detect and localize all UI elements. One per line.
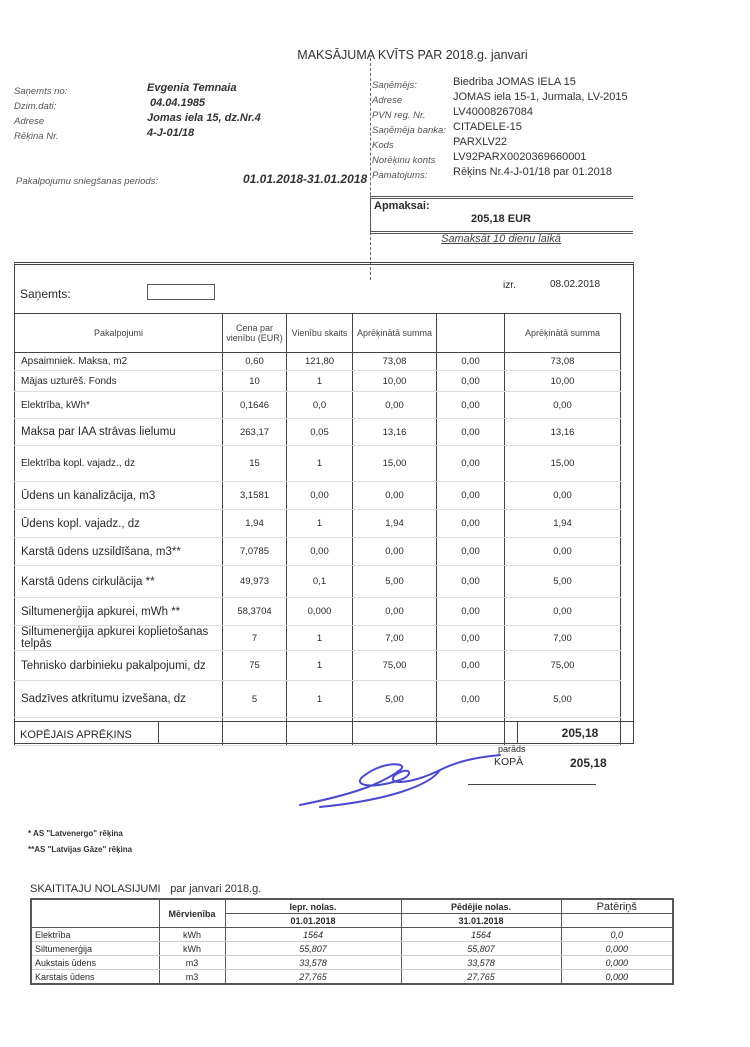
cell-qty: 0,000: [287, 598, 353, 626]
cell-extra: 0,00: [437, 353, 505, 371]
meter-section-title: SKAITITAJU NOLASIJUMI par janvari 2018.g…: [30, 883, 261, 895]
table-row: Aukstais ūdensm333,57833,5780,000: [31, 956, 673, 970]
meter-cell-name: Aukstais ūdens: [31, 956, 159, 970]
recipient-label: Saņēmējs:: [372, 80, 417, 91]
meter-cell-name: Karstais ūdens: [31, 970, 159, 985]
meter-cell-unit: kWh: [159, 928, 225, 942]
cell-sum: 5,00: [353, 681, 437, 718]
basis-label: Pamatojums:: [372, 170, 427, 181]
meter-cell-prev: 27,765: [225, 970, 401, 985]
cell-qty: 1: [287, 681, 353, 718]
received-label: Saņemts:: [20, 287, 71, 301]
cell-name: Sadzīves atkritumu izvešana, dz: [15, 681, 223, 718]
cell-extra: 0,00: [437, 446, 505, 482]
meter-header-blank: [31, 899, 159, 928]
payer-birth-date: 04.04.1985: [150, 97, 205, 109]
cell-extra: 0,00: [437, 371, 505, 392]
cell-name: Siltumenerģija apkurei koplietošanas tel…: [15, 626, 223, 651]
payment-amount: 205,18 EUR: [370, 213, 632, 225]
meter-cell-consumption: 0,0: [561, 928, 673, 942]
service-period: 01.01.2018-31.01.2018: [243, 172, 367, 186]
payment-basis: Rēķins Nr.4-J-01/18 par 01.2018: [453, 166, 612, 178]
cell-name: Elektrība, kWh*: [15, 392, 223, 419]
cell-name: Mājas uzturēš. Fonds: [15, 371, 223, 392]
table-row: Siltumenerģija apkurei koplietošanas tel…: [15, 626, 621, 651]
grand-total-label: KOPĒJAIS APRĒĶINS: [20, 729, 132, 741]
cell-price: 58,3704: [223, 598, 287, 626]
cell-total: 7,00: [505, 626, 621, 651]
kopa-value: 205,18: [570, 756, 607, 770]
footnote-latvenergo: * AS "Latvenergo" rēķina: [28, 829, 123, 838]
cell-price: 0,60: [223, 353, 287, 371]
cell-sum: 7,00: [353, 626, 437, 651]
vat-number: LV40008267084: [453, 106, 533, 118]
cell-qty: 0,00: [287, 482, 353, 510]
cell-sum: 10,00: [353, 371, 437, 392]
cell-sum: 0,00: [353, 538, 437, 566]
cell-qty: 1: [287, 371, 353, 392]
services-header-row: Pakalpojumi Cena par vienību (EUR) Vienī…: [15, 314, 621, 353]
table-row: Apsaimniek. Maksa, m20,60121,8073,080,00…: [15, 353, 621, 371]
cell-total: 0,00: [505, 538, 621, 566]
meter-table: Mērvienība Iepr. nolas. Pēdējie nolas. P…: [30, 898, 674, 985]
cell-total: 13,16: [505, 419, 621, 446]
table-row: Karstā ūdens cirkulācija **49,9730,15,00…: [15, 566, 621, 598]
table-row: Ūdens kopl. vajadz., dz1,9411,940,001,94: [15, 510, 621, 538]
account-label: Norēķinu konts: [372, 155, 435, 166]
header-calculated-total: Aprēķinātā summa: [505, 314, 621, 353]
total-separator: [158, 721, 159, 744]
meter-consumption-blank: [561, 914, 673, 928]
table-row: Karstais ūdensm327,76527,7650,000: [31, 970, 673, 985]
table-row: Elektrība kopl. vajadz., dz15115,000,001…: [15, 446, 621, 482]
meter-header-unit: Mērvienība: [159, 899, 225, 928]
meter-cell-last: 33,578: [401, 956, 561, 970]
meter-title: SKAITITAJU NOLASIJUMI: [30, 883, 161, 895]
meter-cell-consumption: 0,000: [561, 956, 673, 970]
account-number: LV92PARX0020369660001: [453, 151, 587, 163]
cell-sum: 0,00: [353, 598, 437, 626]
table-row: ElektrībakWh156415640,0: [31, 928, 673, 942]
meter-last-date: 31.01.2018: [401, 914, 561, 928]
cell-qty: 1: [287, 446, 353, 482]
meter-cell-unit: m3: [159, 970, 225, 985]
meter-header-prev: Iepr. nolas.: [225, 899, 401, 914]
meter-cell-prev: 55,807: [225, 942, 401, 956]
payer-label-received-from: Saņemts no:: [14, 86, 67, 97]
issued-date: 08.02.2018: [550, 279, 600, 290]
cell-total: 10,00: [505, 371, 621, 392]
table-row: Ūdens un kanalizācija, m33,15810,000,000…: [15, 482, 621, 510]
cell-price: 3,1581: [223, 482, 287, 510]
cell-qty: 121,80: [287, 353, 353, 371]
cell-extra: 0,00: [437, 392, 505, 419]
cell-price: 263,17: [223, 419, 287, 446]
cell-sum: 13,16: [353, 419, 437, 446]
period-label: Pakalpojumu sniegšanas periods:: [16, 176, 158, 187]
signature-icon: [290, 745, 520, 815]
payer-label-birth: Dzim.dati:: [14, 101, 56, 112]
cell-extra: 0,00: [437, 566, 505, 598]
cell-extra: 0,00: [437, 419, 505, 446]
table-row: Mājas uzturēš. Fonds10110,000,0010,00: [15, 371, 621, 392]
header-unit-price: Cena par vienību (EUR): [223, 314, 287, 353]
total-separator: [517, 721, 518, 744]
bank-name: CITADELE-15: [453, 121, 522, 133]
cell-price: 10: [223, 371, 287, 392]
table-row: Karstā ūdens uzsildīšana, m3**7,07850,00…: [15, 538, 621, 566]
vat-label: PVN reg. Nr.: [372, 110, 426, 121]
meter-cell-name: Elektrība: [31, 928, 159, 942]
cell-sum: 15,00: [353, 446, 437, 482]
meter-cell-consumption: 0,000: [561, 970, 673, 985]
cell-total: 75,00: [505, 651, 621, 681]
cell-total: 0,00: [505, 482, 621, 510]
grand-total-value: 205,18: [540, 726, 620, 740]
cell-name: Apsaimniek. Maksa, m2: [15, 353, 223, 371]
cell-price: 7,0785: [223, 538, 287, 566]
cell-price: 75: [223, 651, 287, 681]
table-row: Maksa par IAA strāvas lielumu263,170,051…: [15, 419, 621, 446]
cell-qty: 0,1: [287, 566, 353, 598]
cell-qty: 0,0: [287, 392, 353, 419]
table-row: Elektrība, kWh*0,16460,00,000,000,00: [15, 392, 621, 419]
payer-label-invoice: Rēķina Nr.: [14, 131, 59, 142]
cell-sum: 73,08: [353, 353, 437, 371]
meter-cell-unit: m3: [159, 956, 225, 970]
services-table: Pakalpojumi Cena par vienību (EUR) Vienī…: [14, 313, 621, 746]
cell-qty: 0,00: [287, 538, 353, 566]
cell-sum: 1,94: [353, 510, 437, 538]
meter-cell-consumption: 0,000: [561, 942, 673, 956]
document-title: MAKSĀJUMA KVĪTS PAR 2018.g. janvari: [0, 48, 750, 62]
recipient-name: Biedriba JOMAS IELA 15: [453, 76, 576, 88]
cell-total: 15,00: [505, 446, 621, 482]
received-input[interactable]: [147, 284, 215, 300]
total-divider: [14, 721, 634, 722]
cell-total: 73,08: [505, 353, 621, 371]
payer-label-address: Adrese: [14, 116, 44, 127]
cell-total: 0,00: [505, 392, 621, 419]
header-units: Vienību skaits: [287, 314, 353, 353]
dashed-divider: [370, 58, 371, 280]
cell-extra: 0,00: [437, 482, 505, 510]
recipient-address-label: Adrese: [372, 95, 402, 106]
header-empty: [437, 314, 505, 353]
cell-name: Ūdens un kanalizācija, m3: [15, 482, 223, 510]
cell-total: 5,00: [505, 681, 621, 718]
meter-header-last: Pēdējie nolas.: [401, 899, 561, 914]
meter-subtitle: par janvari 2018.g.: [170, 883, 261, 895]
cell-total: 5,00: [505, 566, 621, 598]
total-separator: [222, 721, 223, 744]
footnote-latvijas-gaze: **AS "Latvijas Gāze" rēķina: [28, 845, 132, 854]
cell-sum: 0,00: [353, 482, 437, 510]
cell-price: 15: [223, 446, 287, 482]
cell-name: Karstā ūdens cirkulācija **: [15, 566, 223, 598]
header-calculated: Aprēķinātā summa: [353, 314, 437, 353]
table-row: SiltumenerģijakWh55,80755,8070,000: [31, 942, 673, 956]
payment-deadline: Samaksāt 10 dienu laikā: [370, 233, 632, 245]
cell-price: 7: [223, 626, 287, 651]
cell-name: Tehnisko darbinieku pakalpojumi, dz: [15, 651, 223, 681]
meter-cell-name: Siltumenerģija: [31, 942, 159, 956]
issued-label: izr.: [503, 280, 516, 291]
cell-extra: 0,00: [437, 626, 505, 651]
meter-cell-last: 27,765: [401, 970, 561, 985]
cell-qty: 1: [287, 651, 353, 681]
cell-qty: 1: [287, 626, 353, 651]
table-row: Tehnisko darbinieku pakalpojumi, dz75175…: [15, 651, 621, 681]
cell-extra: 0,00: [437, 510, 505, 538]
bank-code: PARXLV22: [453, 136, 507, 148]
code-label: Kods: [372, 140, 394, 151]
bank-label: Saņēmēja banka:: [372, 125, 446, 136]
payer-address: Jomas iela 15, dz.Nr.4: [147, 112, 261, 124]
table-row: Siltumenerģija apkurei, mWh **58,37040,0…: [15, 598, 621, 626]
meter-cell-last: 1564: [401, 928, 561, 942]
header-services: Pakalpojumi: [15, 314, 223, 353]
meter-cell-prev: 33,578: [225, 956, 401, 970]
invoice-number: 4-J-01/18: [147, 127, 194, 139]
cell-name: Karstā ūdens uzsildīšana, m3**: [15, 538, 223, 566]
cell-qty: 1: [287, 510, 353, 538]
recipient-address: JOMAS iela 15-1, Jurmala, LV-2015: [453, 91, 628, 103]
cell-extra: 0,00: [437, 598, 505, 626]
cell-price: 49,973: [223, 566, 287, 598]
cell-name: Ūdens kopl. vajadz., dz: [15, 510, 223, 538]
cell-total: 0,00: [505, 598, 621, 626]
cell-price: 5: [223, 681, 287, 718]
meter-cell-unit: kWh: [159, 942, 225, 956]
cell-sum: 5,00: [353, 566, 437, 598]
cell-extra: 0,00: [437, 538, 505, 566]
cell-price: 1,94: [223, 510, 287, 538]
cell-extra: 0,00: [437, 651, 505, 681]
cell-name: Siltumenerģija apkurei, mWh **: [15, 598, 223, 626]
meter-cell-prev: 1564: [225, 928, 401, 942]
cell-sum: 75,00: [353, 651, 437, 681]
meter-prev-date: 01.01.2018: [225, 914, 401, 928]
meter-cell-last: 55,807: [401, 942, 561, 956]
cell-qty: 0,05: [287, 419, 353, 446]
payment-label: Apmaksai:: [374, 200, 430, 212]
table-row: Sadzīves atkritumu izvešana, dz515,000,0…: [15, 681, 621, 718]
meter-header-consumption: Patēriņš: [561, 899, 673, 914]
meter-header-row: Mērvienība Iepr. nolas. Pēdējie nolas. P…: [31, 899, 673, 914]
cell-total: 1,94: [505, 510, 621, 538]
cell-name: Maksa par IAA strāvas lielumu: [15, 419, 223, 446]
cell-extra: 0,00: [437, 681, 505, 718]
cell-sum: 0,00: [353, 392, 437, 419]
payer-name: Evgenia Temnaia: [147, 82, 236, 94]
cell-name: Elektrība kopl. vajadz., dz: [15, 446, 223, 482]
cell-price: 0,1646: [223, 392, 287, 419]
